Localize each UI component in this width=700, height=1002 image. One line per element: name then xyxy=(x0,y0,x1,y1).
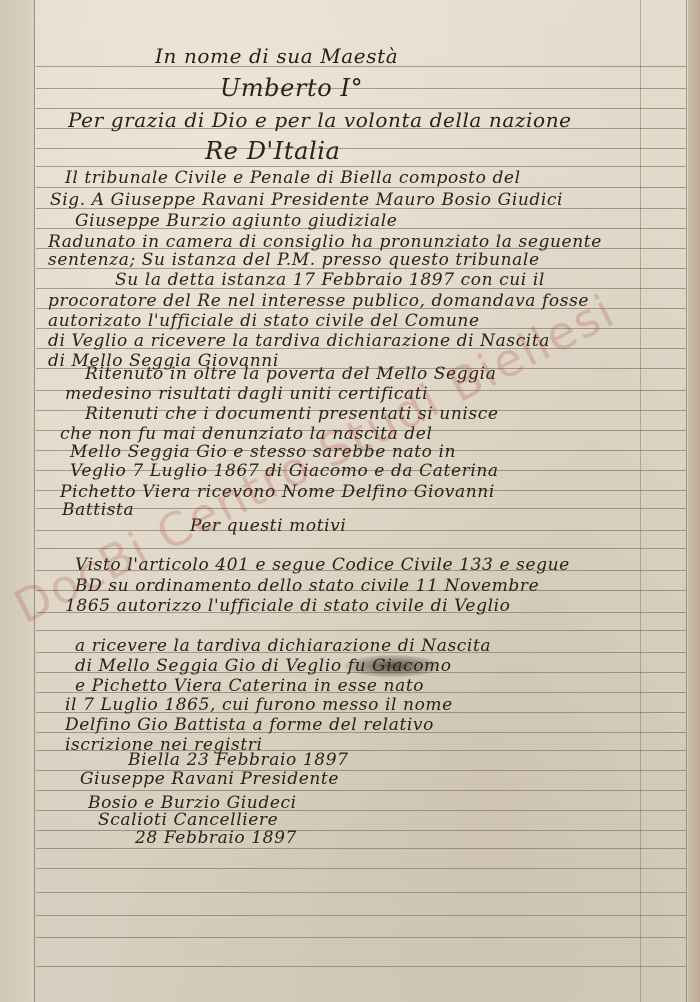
handwritten-line: 1865 autorizzo l'ufficiale di stato civi… xyxy=(65,596,510,616)
handwritten-line: Delfino Gio Battista a forme del relativ… xyxy=(65,715,434,735)
handwritten-line: In nome di sua Maestà xyxy=(155,44,398,68)
handwritten-line: e Pichetto Viera Caterina in esse nato xyxy=(75,676,424,696)
handwritten-line: Il tribunale Civile e Penale di Biella c… xyxy=(65,168,521,188)
ruled-line xyxy=(36,868,686,869)
ruled-line xyxy=(36,630,686,631)
handwritten-line: Su la detta istanza 17 Febbraio 1897 con… xyxy=(115,270,545,290)
handwritten-line: 28 Febbraio 1897 xyxy=(135,828,297,848)
left-margin xyxy=(0,0,34,1002)
margin-rule-left xyxy=(34,0,35,1002)
handwritten-line: Re D'Italia xyxy=(205,137,340,165)
handwritten-line: Sig. A Giuseppe Ravani Presidente Mauro … xyxy=(50,190,563,210)
handwritten-line: Battista xyxy=(62,500,134,520)
ruled-line xyxy=(36,830,686,831)
handwritten-line: Giuseppe Burzio agiunto giudiziale xyxy=(75,211,397,231)
handwritten-line: Biella 23 Febbraio 1897 xyxy=(128,750,349,770)
handwritten-line: BD su ordinamento dello stato civile 11 … xyxy=(75,576,539,596)
handwritten-line: a ricevere la tardiva dichiarazione di N… xyxy=(75,636,491,656)
handwritten-line: Radunato in camera di consiglio ha pronu… xyxy=(48,232,602,252)
ruled-line xyxy=(36,848,686,849)
document-page: In nome di sua MaestàUmberto I°Per grazi… xyxy=(0,0,700,1002)
ruled-line xyxy=(36,790,686,791)
ruled-line xyxy=(36,166,686,167)
ruled-line xyxy=(36,966,686,967)
handwritten-line: Scalioti Cancelliere xyxy=(98,810,278,830)
handwritten-line: il 7 Luglio 1865, cui furono messo il no… xyxy=(65,695,453,715)
handwritten-line: procoratore del Re nel interesse publico… xyxy=(48,291,589,311)
ruled-line xyxy=(36,937,686,938)
handwritten-line: Per grazia di Dio e per la volonta della… xyxy=(68,108,572,132)
ruled-line xyxy=(36,915,686,916)
handwritten-line: sentenza; Su istanza del P.M. presso que… xyxy=(48,250,540,270)
handwritten-line: Umberto I° xyxy=(220,74,363,102)
margin-rule-right xyxy=(640,0,641,1002)
ink-smudge xyxy=(345,655,440,677)
handwritten-line: autorizato l'ufficiale di stato civile d… xyxy=(48,311,480,331)
handwritten-line: Giuseppe Ravani Presidente xyxy=(80,769,339,789)
ruled-line xyxy=(36,148,686,149)
right-page-edge xyxy=(688,0,700,1002)
ruled-line xyxy=(36,892,686,893)
page-edge-rule xyxy=(686,0,687,1002)
